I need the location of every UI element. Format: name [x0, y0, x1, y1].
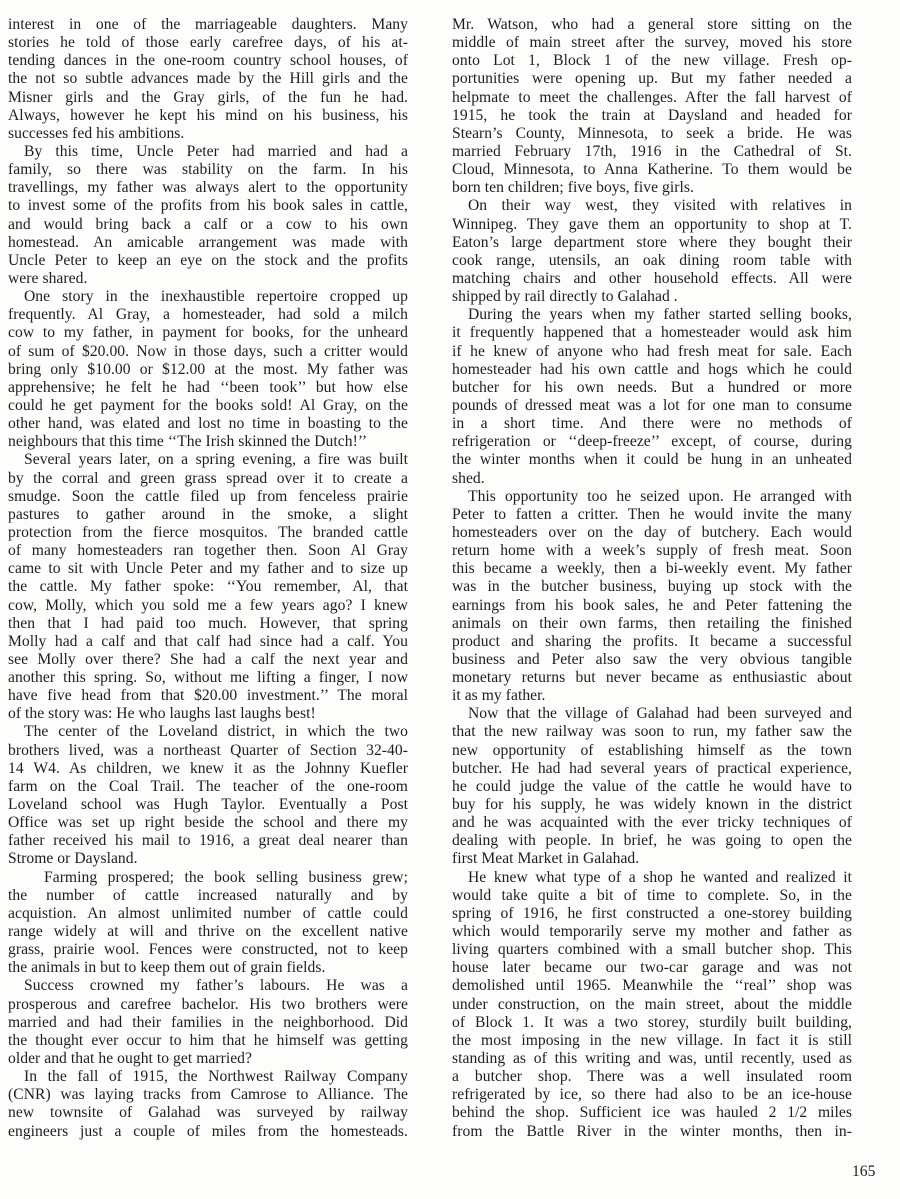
text-line: demolished until 1965. Meanwhile the ‘‘r…	[452, 977, 852, 995]
text-line: helpmate to meet the challenges. After t…	[452, 89, 852, 107]
text-line: One story in the inexhaustible repertoir…	[8, 288, 408, 306]
text-line: Cloud, Minnesota, to Anna Katherine. To …	[452, 161, 852, 179]
text-line: Winnipeg. They gave them an opportunity …	[452, 216, 852, 234]
text-line: Eaton’s large department store where the…	[452, 234, 852, 252]
text-line: product and sharing the profits. It beca…	[452, 633, 852, 651]
left-text-column: interest in one of the marriageable daug…	[8, 16, 408, 1141]
text-line: tending dances in the one-room country s…	[8, 52, 408, 70]
text-line: smudge. Soon the cattle filed up from fe…	[8, 488, 408, 506]
page-number: 165	[852, 1163, 875, 1181]
text-line: butcher for his own needs. But a hundred…	[452, 379, 852, 397]
right-text-column: Mr. Watson, who had a general store sitt…	[452, 16, 852, 1141]
text-line: On their way west, they visited with rel…	[452, 197, 852, 215]
text-line: buy for his supply, he was widely known …	[452, 796, 852, 814]
text-line: Peter to fatten a critter. Then he would…	[452, 506, 852, 524]
text-line: brothers lived, was a northeast Quarter …	[8, 742, 408, 760]
text-line: 14 W4. As children, we knew it as the Jo…	[8, 760, 408, 778]
text-line: pastures to gather around in the smoke, …	[8, 506, 408, 524]
text-line: to invest some of the profits from his b…	[8, 197, 408, 215]
text-line: the winter months when it could be hung …	[452, 451, 852, 469]
text-line: of Block 1. It was a two storey, sturdil…	[452, 1014, 852, 1032]
text-line: farm on the Coal Trail. The teacher of t…	[8, 778, 408, 796]
text-line: 1915, he took the train at Daysland and …	[452, 107, 852, 125]
text-line: stories he told of those early carefree …	[8, 34, 408, 52]
text-line: new opportunity of establishing himself …	[452, 742, 852, 760]
text-line: it as my father.	[452, 687, 852, 705]
text-line: successes fed his ambitions.	[8, 125, 408, 143]
text-line: standing as of this writing and was, unt…	[452, 1050, 852, 1068]
text-line: middle of main street after the survey, …	[452, 34, 852, 52]
text-line: During the years when my father started …	[452, 306, 852, 324]
text-line: from the Battle River in the winter mont…	[452, 1123, 852, 1141]
text-line: living quarters combined with a small bu…	[452, 941, 852, 959]
text-line: interest in one of the marriageable daug…	[8, 16, 408, 34]
text-line: animals on their own farms, then retaili…	[452, 615, 852, 633]
text-line: protection from the fierce mosquitos. Th…	[8, 524, 408, 542]
text-line: he could judge the value of the cattle h…	[452, 778, 852, 796]
text-line: Mr. Watson, who had a general store sitt…	[452, 16, 852, 34]
text-line: prosperous and carefree bachelor. His tw…	[8, 996, 408, 1014]
text-line: return home with a week’s supply of fres…	[452, 542, 852, 560]
text-line: monetary returns but never became as ent…	[452, 669, 852, 687]
text-line: cook range, utensils, an oak dining room…	[452, 252, 852, 270]
text-line: which would temporarily serve my mother …	[452, 923, 852, 941]
text-line: were shared.	[8, 270, 408, 288]
book-page: interest in one of the marriageable daug…	[0, 0, 900, 1199]
text-line: if he knew of anyone who had fresh meat …	[452, 343, 852, 361]
text-line: homesteader had his own cattle and hogs …	[452, 361, 852, 379]
text-line: apprehensive; he felt he had ‘‘been took…	[8, 379, 408, 397]
text-line: of the story was: He who laughs last lau…	[8, 705, 408, 723]
text-line: behind the shop. Sufficient ice was haul…	[452, 1104, 852, 1122]
text-line: first Meat Market in Galahad.	[452, 850, 852, 868]
text-line: Molly had a calf and that calf had since…	[8, 633, 408, 651]
text-line: Strome or Daysland.	[8, 850, 408, 868]
text-line: the cattle. My father spoke: ‘‘You remem…	[8, 578, 408, 596]
text-line: cow, Molly, which you sold me a few year…	[8, 597, 408, 615]
text-line: of many homesteaders ran together then. …	[8, 542, 408, 560]
text-line: business and Peter also saw the very obv…	[452, 651, 852, 669]
text-line: older and that he ought to get married?	[8, 1050, 408, 1068]
text-line: Several years later, on a spring evening…	[8, 451, 408, 469]
text-line: butcher. He had had several years of pra…	[452, 760, 852, 778]
text-line: acquistion. An almost unlimited number o…	[8, 905, 408, 923]
text-line: refrigerated by ice, so there had also t…	[452, 1086, 852, 1104]
text-line: homestead. An amicable arrangement was m…	[8, 234, 408, 252]
text-line: This opportunity too he seized upon. He …	[452, 488, 852, 506]
text-line: under construction, on the main street, …	[452, 996, 852, 1014]
text-line: travellings, my father was always alert …	[8, 179, 408, 197]
text-line: father received his mail to 1916, a grea…	[8, 832, 408, 850]
text-line: frequently. Al Gray, a homesteader, had …	[8, 306, 408, 324]
text-line: Farming prospered; the book selling busi…	[8, 869, 408, 887]
text-line: married and had their families in the ne…	[8, 1014, 408, 1032]
text-line: then that I had paid too much. However, …	[8, 615, 408, 633]
text-line: and he was acquainted with the ever tric…	[452, 814, 852, 832]
text-line: dealing with people. In brief, he was go…	[452, 832, 852, 850]
text-line: portunities were opening up. But my fath…	[452, 70, 852, 88]
text-line: bring only $10.00 or $12.00 at the most.…	[8, 361, 408, 379]
text-line: of sum of $20.00. Now in those days, suc…	[8, 343, 408, 361]
text-line: the thought ever occur to him that he hi…	[8, 1032, 408, 1050]
text-line: the number of cattle increased naturally…	[8, 887, 408, 905]
text-line: engineers just a couple of miles from th…	[8, 1123, 408, 1141]
text-line: By this time, Uncle Peter had married an…	[8, 143, 408, 161]
text-line: Loveland school was Hugh Taylor. Eventua…	[8, 796, 408, 814]
text-line: new townsite of Galahad was surveyed by …	[8, 1104, 408, 1122]
text-line: in a short time. And there were no metho…	[452, 415, 852, 433]
text-line: and would bring back a calf or a cow to …	[8, 216, 408, 234]
text-line: Uncle Peter to keep an eye on the stock …	[8, 252, 408, 270]
text-line: a butcher shop. There was a well insulat…	[452, 1068, 852, 1086]
text-line: by the corral and green grass spread ove…	[8, 470, 408, 488]
text-line: the most imposing in the new village. In…	[452, 1032, 852, 1050]
text-line: have five head from that $20.00 investme…	[8, 687, 408, 705]
text-line: shed.	[452, 470, 852, 488]
text-line: In the fall of 1915, the Northwest Railw…	[8, 1068, 408, 1086]
text-line: was in the butcher business, buying up s…	[452, 578, 852, 596]
text-line: the animals in but to keep them out of g…	[8, 959, 408, 977]
text-line: range widely at will and thrive on the e…	[8, 923, 408, 941]
text-line: Misner girls and the Gray girls, of the …	[8, 89, 408, 107]
text-line: cow to my father, in payment for books, …	[8, 324, 408, 342]
text-line: spring of 1916, he first constructed a o…	[452, 905, 852, 923]
text-line: neighbours that this time ‘‘The Irish sk…	[8, 433, 408, 451]
text-line: (CNR) was laying tracks from Camrose to …	[8, 1086, 408, 1104]
text-line: see Molly over there? She had a calf the…	[8, 651, 408, 669]
text-line: the not so subtle advances made by the H…	[8, 70, 408, 88]
text-line: earnings from his book sales, he and Pet…	[452, 597, 852, 615]
text-line: would take quite a bit of time to comple…	[452, 887, 852, 905]
text-line: house later became our two-car garage an…	[452, 959, 852, 977]
text-line: homesteaders over on the day of butchery…	[452, 524, 852, 542]
text-line: onto Lot 1, Block 1 of the new village. …	[452, 52, 852, 70]
text-line: shipped by rail directly to Galahad .	[452, 288, 852, 306]
text-line: Now that the village of Galahad had been…	[452, 705, 852, 723]
text-line: refrigeration or ‘‘deep-freeze’’ except,…	[452, 433, 852, 451]
text-line: Success crowned my father’s labours. He …	[8, 977, 408, 995]
text-line: other hand, was elated and lost no time …	[8, 415, 408, 433]
text-line: Stearn’s County, Minnesota, to seek a br…	[452, 125, 852, 143]
text-line: family, so there was stability on the fa…	[8, 161, 408, 179]
text-line: could he get payment for the books sold!…	[8, 397, 408, 415]
text-line: it frequently happened that a homesteade…	[452, 324, 852, 342]
text-line: Always, however he kept his mind on his …	[8, 107, 408, 125]
text-line: He knew what type of a shop he wanted an…	[452, 869, 852, 887]
text-line: matching chairs and other household effe…	[452, 270, 852, 288]
text-line: pounds of dressed meat was a lot for one…	[452, 397, 852, 415]
text-line: came to sit with Uncle Peter and my fath…	[8, 560, 408, 578]
text-line: grass, prairie wool. Fences were constru…	[8, 941, 408, 959]
text-line: The center of the Loveland district, in …	[8, 723, 408, 741]
text-line: this became a weekly, then a bi-weekly e…	[452, 560, 852, 578]
text-line: Office was set up right beside the schoo…	[8, 814, 408, 832]
text-line: that the new railway was soon to run, my…	[452, 723, 852, 741]
text-line: another this spring. So, without me lift…	[8, 669, 408, 687]
text-line: married February 17th, 1916 in the Cathe…	[452, 143, 852, 161]
text-line: born ten children; five boys, five girls…	[452, 179, 852, 197]
